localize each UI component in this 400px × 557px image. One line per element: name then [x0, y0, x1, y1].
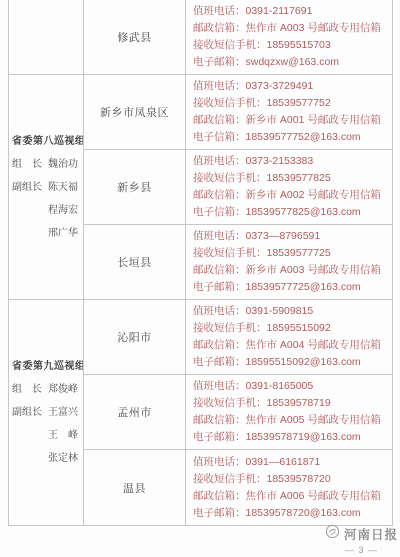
member-role [12, 222, 48, 245]
contact-line: 接收短信手机：18539577825 [193, 170, 390, 187]
brand-name: 河南日报 [344, 525, 398, 543]
member-name: 陈天福 [48, 176, 78, 199]
contact-cell: 值班电话：0391-5909815 接收短信手机：18595515092 邮政信… [186, 300, 393, 375]
inspection-contact-table: 修武县 值班电话：0391-2117691 邮政信箱：焦作市 A003 号邮政专… [8, 0, 393, 526]
contact-line: 接收短信手机：18539578720 [193, 471, 390, 488]
group-cell-eighth: 省委第八巡视组 组 长 魏治功 副组长 陈天福 程海宏 邢广华 [9, 75, 84, 300]
group-name: 省委第九巡视组 [12, 355, 83, 378]
table-row: 修武县 值班电话：0391-2117691 邮政信箱：焦作市 A003 号邮政专… [9, 0, 393, 75]
place-name: 温县 [84, 450, 186, 526]
table-row: 省委第九巡视组 组 长 郑俊峰 副组长 王富兴 王 峰 张定林 沁阳市 值班电话… [9, 300, 393, 375]
contact-line: 值班电话：0391-5909815 [193, 303, 390, 320]
group-cell-ninth: 省委第九巡视组 组 长 郑俊峰 副组长 王富兴 王 峰 张定林 [9, 300, 84, 526]
group-name: 省委第八巡视组 [12, 130, 83, 153]
contact-line: 邮政信箱：新乡市 A001 号邮政专用信箱 [193, 112, 390, 129]
member-name: 邢广华 [48, 222, 78, 245]
contact-line: 值班电话：0391-8165005 [193, 378, 390, 395]
contact-line: 值班电话：0373—8796591 [193, 228, 390, 245]
group-member: 组 长 魏治功 [12, 153, 83, 176]
contact-line: 邮政信箱：新乡市 A003 号邮政专用信箱 [193, 262, 390, 279]
contact-line: 接收短信手机：18595515092 [193, 320, 390, 337]
contact-line: 值班电话：0391-2117691 [193, 3, 390, 20]
member-name: 王 峰 [48, 424, 78, 447]
contact-line: 电子邮箱：swdqzxw@163.com [193, 54, 390, 71]
member-role: 副组长 [12, 401, 48, 424]
footer: 河南日报 — 3 — [325, 524, 398, 555]
contact-line: 接收短信手机：18595515703 [193, 37, 390, 54]
contact-line: 电子邮箱：18595515092@163.com [193, 354, 390, 371]
group-member: 张定林 [12, 447, 83, 470]
contact-line: 值班电话：0373-3729491 [193, 78, 390, 95]
henan-daily-logo-icon [325, 524, 340, 544]
contact-cell: 值班电话：0373—8796591 接收短信手机：18539577725 邮政信… [186, 225, 393, 300]
group-member: 副组长 王富兴 [12, 401, 83, 424]
contact-line: 邮政信箱：焦作市 A003 号邮政专用信箱 [193, 20, 390, 37]
contact-line: 接收短信手机：18539577725 [193, 245, 390, 262]
contact-line: 电子邮箱：18539577725@163.com [193, 279, 390, 296]
member-name: 张定林 [48, 447, 78, 470]
member-role: 副组长 [12, 176, 48, 199]
contact-cell: 值班电话：0391-2117691 邮政信箱：焦作市 A003 号邮政专用信箱 … [186, 0, 393, 75]
place-name: 新乡县 [84, 150, 186, 225]
group-member: 王 峰 [12, 424, 83, 447]
contact-line: 值班电话：0391—6161871 [193, 454, 390, 471]
place-name: 长垣县 [84, 225, 186, 300]
member-role: 组 长 [12, 153, 48, 176]
brand-row: 河南日报 [325, 524, 398, 544]
contact-cell: 值班电话：0373-2153383 接收短信手机：18539577825 邮政信… [186, 150, 393, 225]
contact-line: 邮政信箱：焦作市 A006 号邮政专用信箱 [193, 488, 390, 505]
page-number: — 3 — [325, 545, 398, 555]
group-cell-previous-empty [9, 0, 84, 75]
contact-line: 电子邮箱：18539578720@163.com [193, 505, 390, 522]
contact-line: 邮政信箱：焦作市 A004 号邮政专用信箱 [193, 337, 390, 354]
contact-cell: 值班电话：0391-8165005 接收短信手机：18539578719 邮政信… [186, 375, 393, 450]
table-row: 省委第八巡视组 组 长 魏治功 副组长 陈天福 程海宏 邢广华 新乡市凤泉区 值… [9, 75, 393, 150]
member-role: 组 长 [12, 378, 48, 401]
place-name: 沁阳市 [84, 300, 186, 375]
contact-line: 电子邮箱：18539578719@163.com [193, 429, 390, 446]
contact-line: 电子信箱：18539577752@163.com [193, 129, 390, 146]
member-name: 王富兴 [48, 401, 78, 424]
group-member: 邢广华 [12, 222, 83, 245]
member-role [12, 424, 48, 447]
member-name: 郑俊峰 [48, 378, 78, 401]
contact-line: 邮政信箱：焦作市 A005 号邮政专用信箱 [193, 412, 390, 429]
contact-line: 电子信箱：18539577825@163.com [193, 204, 390, 221]
member-name: 魏治功 [48, 153, 78, 176]
member-name: 程海宏 [48, 199, 78, 222]
place-name: 孟州市 [84, 375, 186, 450]
contact-line: 邮政信箱：新乡市 A002 号邮政专用信箱 [193, 187, 390, 204]
contact-line: 接收短信手机：18539578719 [193, 395, 390, 412]
place-name: 新乡市凤泉区 [84, 75, 186, 150]
group-member: 程海宏 [12, 199, 83, 222]
contact-cell: 值班电话：0373-3729491 接收短信手机：18539577752 邮政信… [186, 75, 393, 150]
contact-cell: 值班电话：0391—6161871 接收短信手机：18539578720 邮政信… [186, 450, 393, 526]
group-member: 组 长 郑俊峰 [12, 378, 83, 401]
member-role [12, 447, 48, 470]
contact-line: 值班电话：0373-2153383 [193, 153, 390, 170]
contact-line: 接收短信手机：18539577752 [193, 95, 390, 112]
group-member: 副组长 陈天福 [12, 176, 83, 199]
place-name: 修武县 [84, 0, 186, 75]
member-role [12, 199, 48, 222]
